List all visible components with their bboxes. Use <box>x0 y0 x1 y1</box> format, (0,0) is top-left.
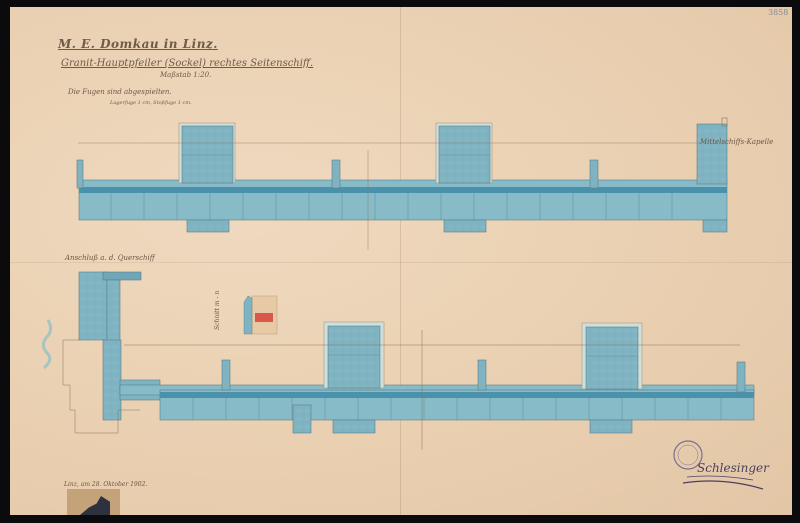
section-label: Schnitt m - n <box>214 291 221 330</box>
lower-plan-label: Anschluß a. d. Querschiff <box>65 254 155 262</box>
upper-plan <box>77 118 727 250</box>
drawing-date: Linz, am 28. Oktober 1902. <box>64 481 147 488</box>
lower-plan <box>63 272 754 450</box>
signature: Schlesinger <box>697 461 769 475</box>
section-detail <box>244 296 277 334</box>
upper-plan-label: Mittelschiffs-Kapelle <box>700 138 773 146</box>
